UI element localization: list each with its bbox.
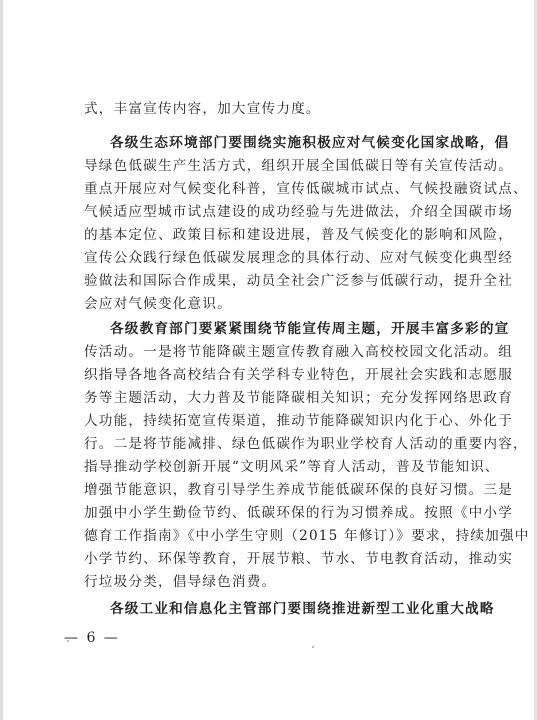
text-line: 式，丰富宣传内容，加大宣传力度。 [84,100,476,118]
scan-speck [67,640,69,642]
text-line: 人功能，持续拓宽宣传渠道，推动节能降碳知识内化于心、外化于 [84,412,476,430]
paragraph-start-ecology: 各级生态环境部门要围绕实施积极应对气候变化国家战略，倡 [110,134,476,152]
document-page: 式，丰富宣传内容，加大宣传力度。 各级生态环境部门要围绕实施积极应对气候变化国家… [0,0,537,720]
scan-speck [312,646,314,648]
text-line: 增强节能意识，教育引导学生养成节能低碳环保的良好习惯。三是 [84,481,476,499]
text-line: 验做法和国际合作成果，动员全社会广泛参与低碳行动，提升全社 [84,272,476,290]
paragraph-start-industry: 各级工业和信息化主管部门要围绕推进新型工业化重大战略 [110,600,476,618]
page-number: — 6 — [64,630,120,646]
text-line: 会应对气候变化意识。 [84,295,476,313]
text-line: 传活动。一是将节能降碳主题宣传教育融入高校校园文化活动。组 [84,343,476,361]
text-line: 小学节约、环保等教育，开展节粮、节水、节电教育活动，推动实 [84,550,476,568]
text-line: 的基本定位、政策目标和建设进展，普及气候变化的影响和风险， [84,226,476,244]
text-line: 气候适应型城市试点建设的成功经验与先进做法，介绍全国碳市场 [84,203,476,221]
text-line: 务等主题活动，大力普及节能降碳相关知识；充分发挥网络思政育 [84,389,476,407]
text-line: 导绿色低碳生产生活方式，组织开展全国低碳日等有关宣传活动。 [84,157,476,175]
text-line: 重点开展应对气候变化科普，宣传低碳城市试点、气候投融资试点、 [84,180,476,198]
text-line: 行垃圾分类，倡导绿色消费。 [84,573,476,591]
text-line: 指导推动学校创新开展“文明风采”等育人活动，普及节能知识、 [84,458,476,476]
text-line: 行。二是将节能减排、绿色低碳作为职业学校育人活动的重要内容， [84,435,476,453]
text-line: 德育工作指南》《中小学生守则（2015 年修订）》要求，持续加强中 [84,527,476,545]
text-line: 织指导各地各高校结合有关学科专业特色，开展社会实践和志愿服 [84,366,476,384]
text-line: 宣传公众践行绿色低碳发展理念的具体行动、应对气候变化典型经 [84,249,476,267]
text-line: 加强中小学生勤俭节约、低碳环保的行为习惯养成。按照《中小学 [84,504,476,522]
paragraph-start-education: 各级教育部门要紧紧围绕节能宣传周主题，开展丰富多彩的宣 [110,320,476,338]
